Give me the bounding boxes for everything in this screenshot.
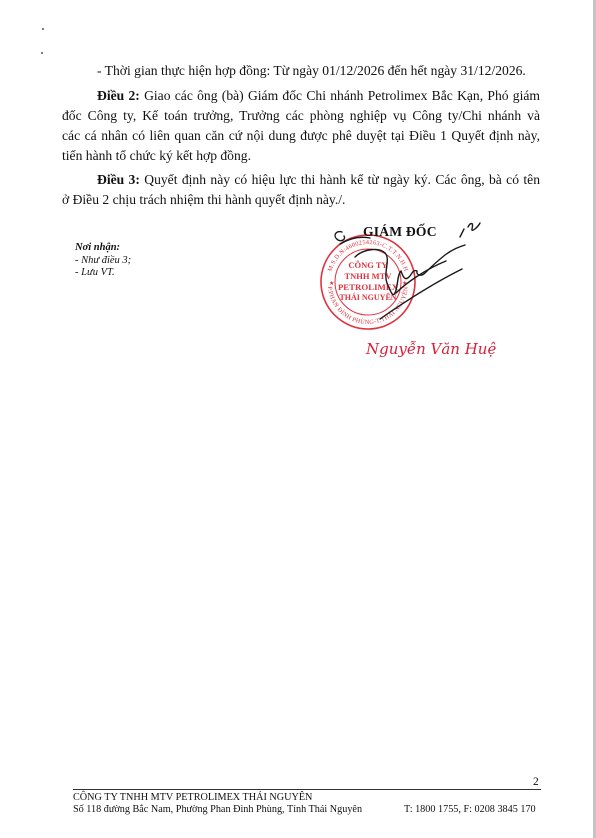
footer-address: Số 118 đường Bắc Nam, Phường Phan Đình P… — [73, 804, 362, 816]
article-3-label: Điều 3: — [97, 172, 140, 187]
scan-artifact — [41, 52, 43, 54]
signer-name: Nguyễn Văn Huệ — [366, 340, 496, 358]
article-2-line-3: các cá nhân có liên quan căn cứ nội dung… — [62, 128, 540, 144]
article-2-line-2: đốc Công ty, Kế toán trưởng, Trưởng các … — [62, 108, 540, 124]
recipients-block: Nơi nhận: - Như điều 3; - Lưu VT. — [75, 242, 131, 280]
recipients-title: Nơi nhận: — [75, 242, 131, 255]
footer-divider — [73, 789, 541, 790]
footer-company-name: CÔNG TY TNHH MTV PETROLIMEX THÁI NGUYÊN — [73, 792, 312, 804]
article-2-line-4: tiến hành tổ chức ký kết hợp đồng. — [62, 148, 251, 164]
article-3-line-1: Điều 3: Quyết định này có hiệu lực thi h… — [97, 172, 540, 188]
handwritten-signature — [300, 215, 500, 335]
scan-artifact — [42, 28, 44, 30]
contract-period-line: - Thời gian thực hiện hợp đồng: Từ ngày … — [97, 63, 526, 79]
recipient-item: - Như điều 3; — [75, 255, 131, 268]
article-3-line-2: ở Điều 2 chịu trách nhiệm thi hành quyết… — [62, 192, 345, 208]
footer-contact: T: 1800 1755, F: 0208 3845 170 — [404, 804, 536, 816]
recipient-item: - Lưu VT. — [75, 267, 131, 280]
article-2-label: Điều 2: — [97, 88, 140, 103]
article-2-line-1: Điều 2: Giao các ông (bà) Giám đốc Chi n… — [97, 88, 540, 104]
page-number: 2 — [533, 776, 539, 788]
